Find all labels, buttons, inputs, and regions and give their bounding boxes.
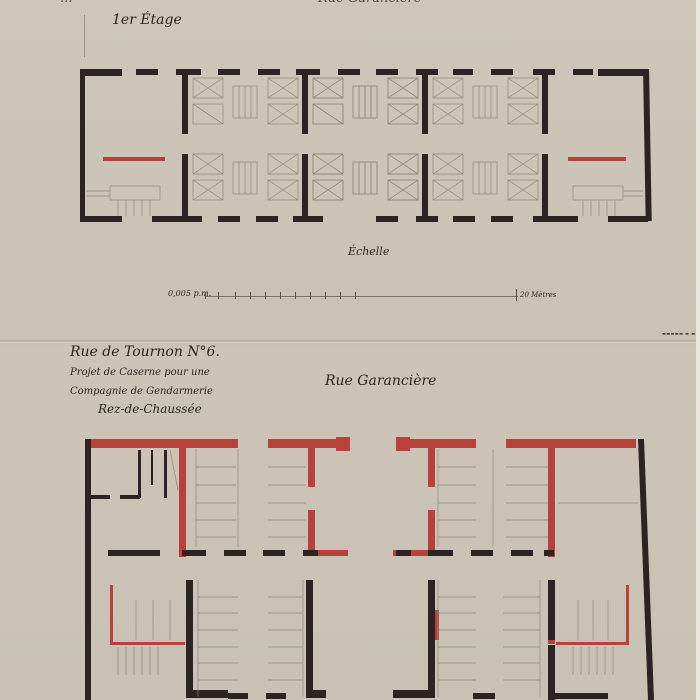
ground-floor-plan [78, 435, 658, 700]
margin-rule [84, 15, 85, 57]
scale-tick [325, 292, 326, 299]
scale-unit-label: 20 Mètres [520, 291, 556, 299]
scale-tick [235, 292, 236, 299]
header-street-label: Rue Garancière [318, 0, 422, 6]
lower-plan-floor-title: Rez-de-Chaussée [98, 402, 202, 416]
header-text-cut-left: ... [60, 0, 72, 6]
upper-floor-plan [78, 66, 653, 226]
scale-title: Échelle [348, 245, 389, 258]
scale-tick [340, 292, 341, 299]
archive-stamp: ▬▬▬▬▬ ▬ ▬ [662, 331, 696, 336]
lower-plan-street-label: Rue Garancière [325, 373, 436, 389]
scale-tick [355, 292, 356, 299]
upper-plan-title: 1er Étage [112, 12, 182, 28]
lower-plan-address: Rue de Tournon N°6. [70, 344, 220, 360]
lower-plan-project-line2: Compagnie de Gendarmerie [70, 386, 213, 397]
sheet-edge [696, 0, 700, 700]
scale-tick [218, 292, 219, 299]
scale-bar [205, 296, 518, 297]
scale-tick [265, 292, 266, 299]
lower-plan-project-line1: Projet de Caserne pour une [70, 367, 210, 378]
drawing-sheet: ... Rue Garancière 1er Étage [0, 0, 700, 700]
scale-tick [310, 292, 311, 299]
scale-end-tick [516, 289, 517, 301]
scale-tick [295, 292, 296, 299]
scale-tick [250, 292, 251, 299]
sheet-fold-line [0, 340, 700, 343]
scale-tick [205, 292, 206, 299]
scale-tick [280, 292, 281, 299]
